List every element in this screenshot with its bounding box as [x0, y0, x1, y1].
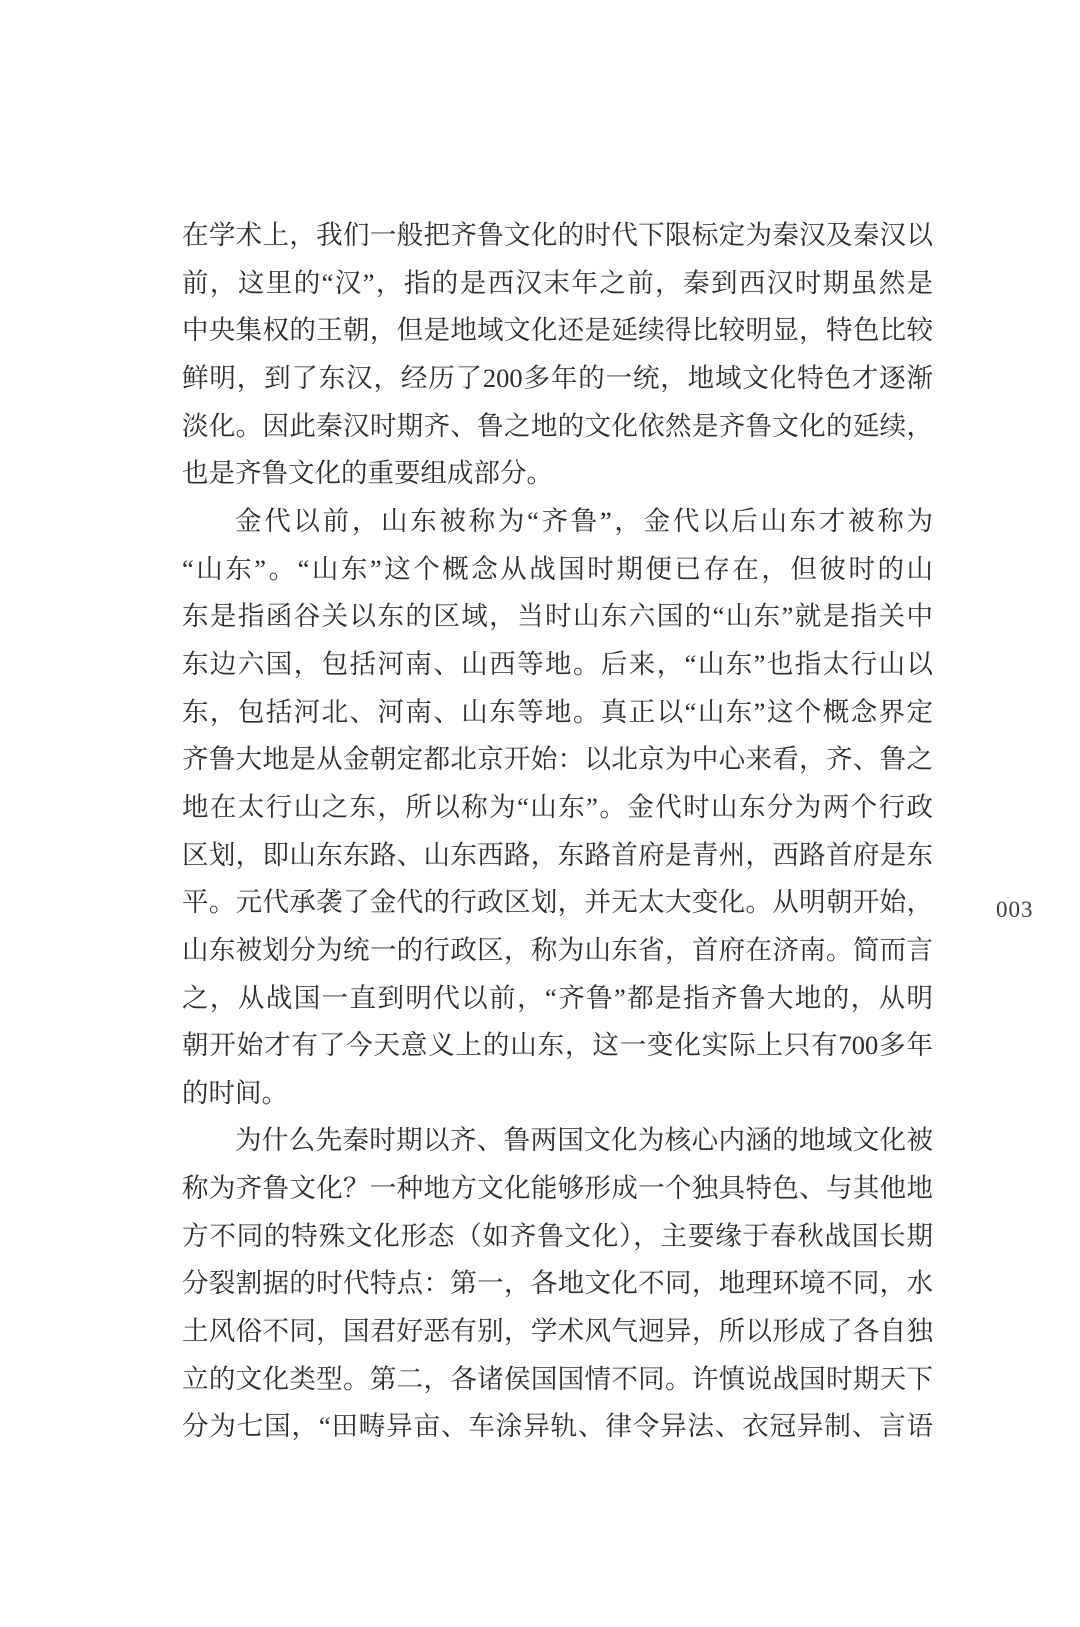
text-line: 东边六国，包括河南、山西等地。后来，“山东”也指太行山以 — [182, 641, 933, 689]
text-line: 在学术上，我们一般把齐鲁文化的时代下限标定为秦汉及秦汉以 — [182, 212, 933, 260]
text-line: 之，从战国一直到明代以前，“齐鲁”都是指齐鲁大地的，从明 — [182, 975, 933, 1023]
text-line: 东，包括河北、河南、山东等地。真正以“山东”这个概念界定 — [182, 689, 933, 737]
text-line: 山东被划分为统一的行政区，称为山东省，首府在济南。简而言 — [182, 927, 933, 975]
text-line: 齐鲁大地是从金朝定都北京开始：以北京为中心来看，齐、鲁之 — [182, 736, 933, 784]
text-line: 东是指函谷关以东的区域，当时山东六国的“山东”就是指关中 — [182, 593, 933, 641]
text-line: 也是齐鲁文化的重要组成部分。 — [182, 450, 933, 498]
text-line: 区划，即山东东路、山东西路，东路首府是青州，西路首府是东 — [182, 832, 933, 880]
page-text: 在学术上，我们一般把齐鲁文化的时代下限标定为秦汉及秦汉以前，这里的“汉”，指的是… — [182, 212, 933, 1451]
text-line: 立的文化类型。第二，各诸侯国国情不同。许慎说战国时期天下 — [182, 1356, 933, 1404]
text-line: 金代以前，山东被称为“齐鲁”，金代以后山东才被称为 — [182, 498, 933, 546]
text-line: 鲜明，到了东汉，经历了200多年的一统，地域文化特色才逐渐 — [182, 355, 933, 403]
text-line: 中央集权的王朝，但是地域文化还是延续得比较明显，特色比较 — [182, 307, 933, 355]
text-line: 朝开始才有了今天意义上的山东，这一变化实际上只有700多年 — [182, 1022, 933, 1070]
text-line: 淡化。因此秦汉时期齐、鲁之地的文化依然是齐鲁文化的延续， — [182, 403, 933, 451]
text-line: “山东”。“山东”这个概念从战国时期便已存在，但彼时的山 — [182, 546, 933, 594]
text-line: 前，这里的“汉”，指的是西汉末年之前，秦到西汉时期虽然是 — [182, 260, 933, 308]
text-line: 分为七国，“田畴异亩、车涂异轨、律令异法、衣冠异制、言语 — [182, 1403, 933, 1451]
text-line: 称为齐鲁文化？一种地方文化能够形成一个独具特色、与其他地 — [182, 1165, 933, 1213]
text-line: 分裂割据的时代特点：第一，各地文化不同，地理环境不同，水 — [182, 1260, 933, 1308]
text-line: 的时间。 — [182, 1070, 933, 1118]
text-line: 方不同的特殊文化形态（如齐鲁文化），主要缘于春秋战国长期 — [182, 1213, 933, 1261]
book-page: 在学术上，我们一般把齐鲁文化的时代下限标定为秦汉及秦汉以前，这里的“汉”，指的是… — [0, 0, 1080, 1627]
text-line: 为什么先秦时期以齐、鲁两国文化为核心内涵的地域文化被 — [182, 1117, 933, 1165]
text-line: 土风俗不同，国君好恶有别，学术风气迥异，所以形成了各自独 — [182, 1308, 933, 1356]
text-line: 地在太行山之东，所以称为“山东”。金代时山东分为两个行政 — [182, 784, 933, 832]
text-line: 平。元代承袭了金代的行政区划，并无太大变化。从明朝开始， — [182, 879, 933, 927]
page-number: 003 — [996, 896, 1034, 924]
